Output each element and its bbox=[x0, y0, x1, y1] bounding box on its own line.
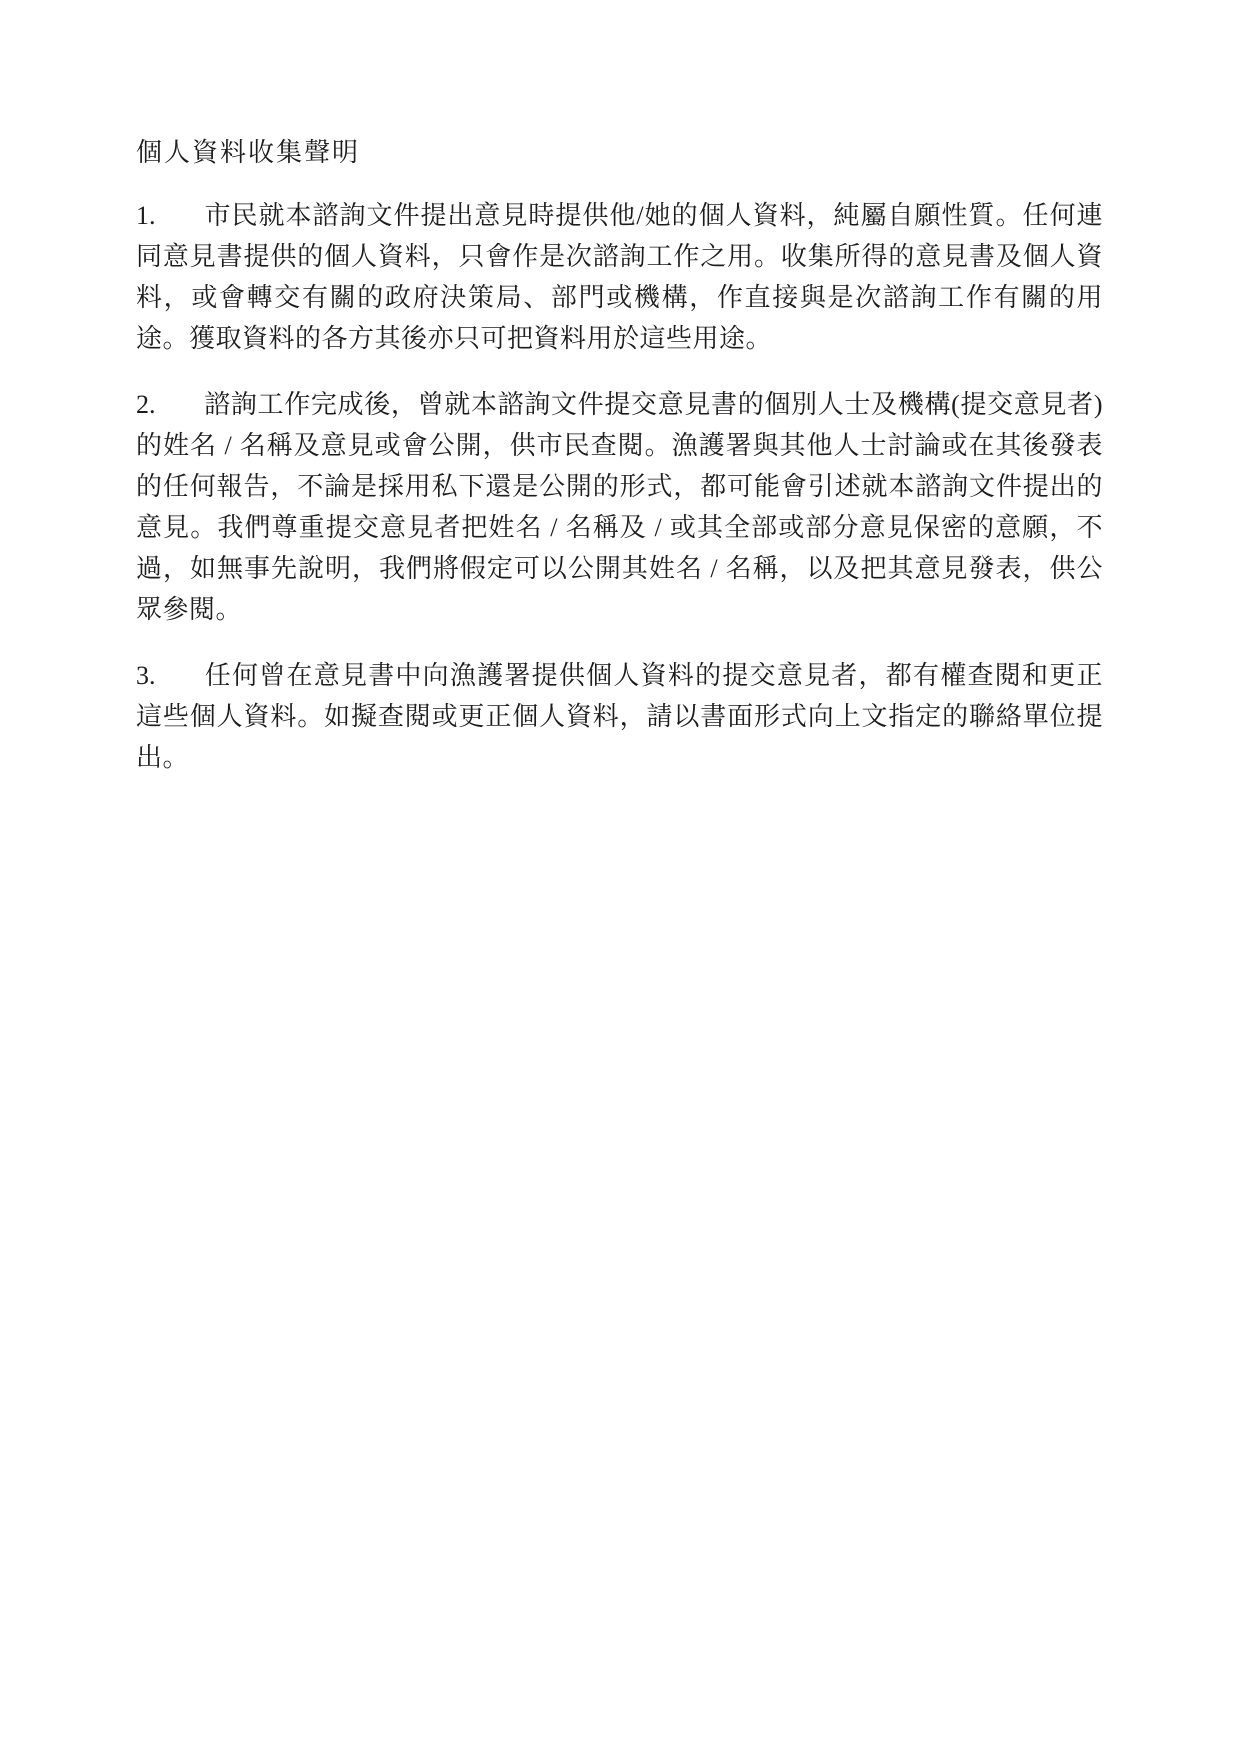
paragraph-1-text: 市民就本諮詢文件提出意見時提供他/她的個人資料，純屬自願性質。任何連同意見書提供… bbox=[136, 201, 1103, 353]
document-title: 個人資料收集聲明 bbox=[136, 132, 1103, 173]
paragraph-2-text: 諮詢工作完成後，曾就本諮詢文件提交意見書的個別人士及機構(提交意見者)的姓名 /… bbox=[136, 390, 1103, 624]
paragraph-2-number: 2. bbox=[136, 384, 204, 425]
paragraph-3: 3.任何曾在意見書中向漁護署提供個人資料的提交意見者，都有權查閱和更正這些個人資… bbox=[136, 655, 1103, 778]
document-page: 個人資料收集聲明 1.市民就本諮詢文件提出意見時提供他/她的個人資料，純屬自願性… bbox=[0, 0, 1240, 1754]
paragraph-1-number: 1. bbox=[136, 195, 204, 236]
paragraph-3-text: 任何曾在意見書中向漁護署提供個人資料的提交意見者，都有權查閱和更正這些個人資料。… bbox=[136, 661, 1103, 772]
paragraph-2: 2.諮詢工作完成後，曾就本諮詢文件提交意見書的個別人士及機構(提交意見者)的姓名… bbox=[136, 384, 1103, 630]
paragraph-1: 1.市民就本諮詢文件提出意見時提供他/她的個人資料，純屬自願性質。任何連同意見書… bbox=[136, 195, 1103, 359]
paragraph-3-number: 3. bbox=[136, 655, 204, 696]
